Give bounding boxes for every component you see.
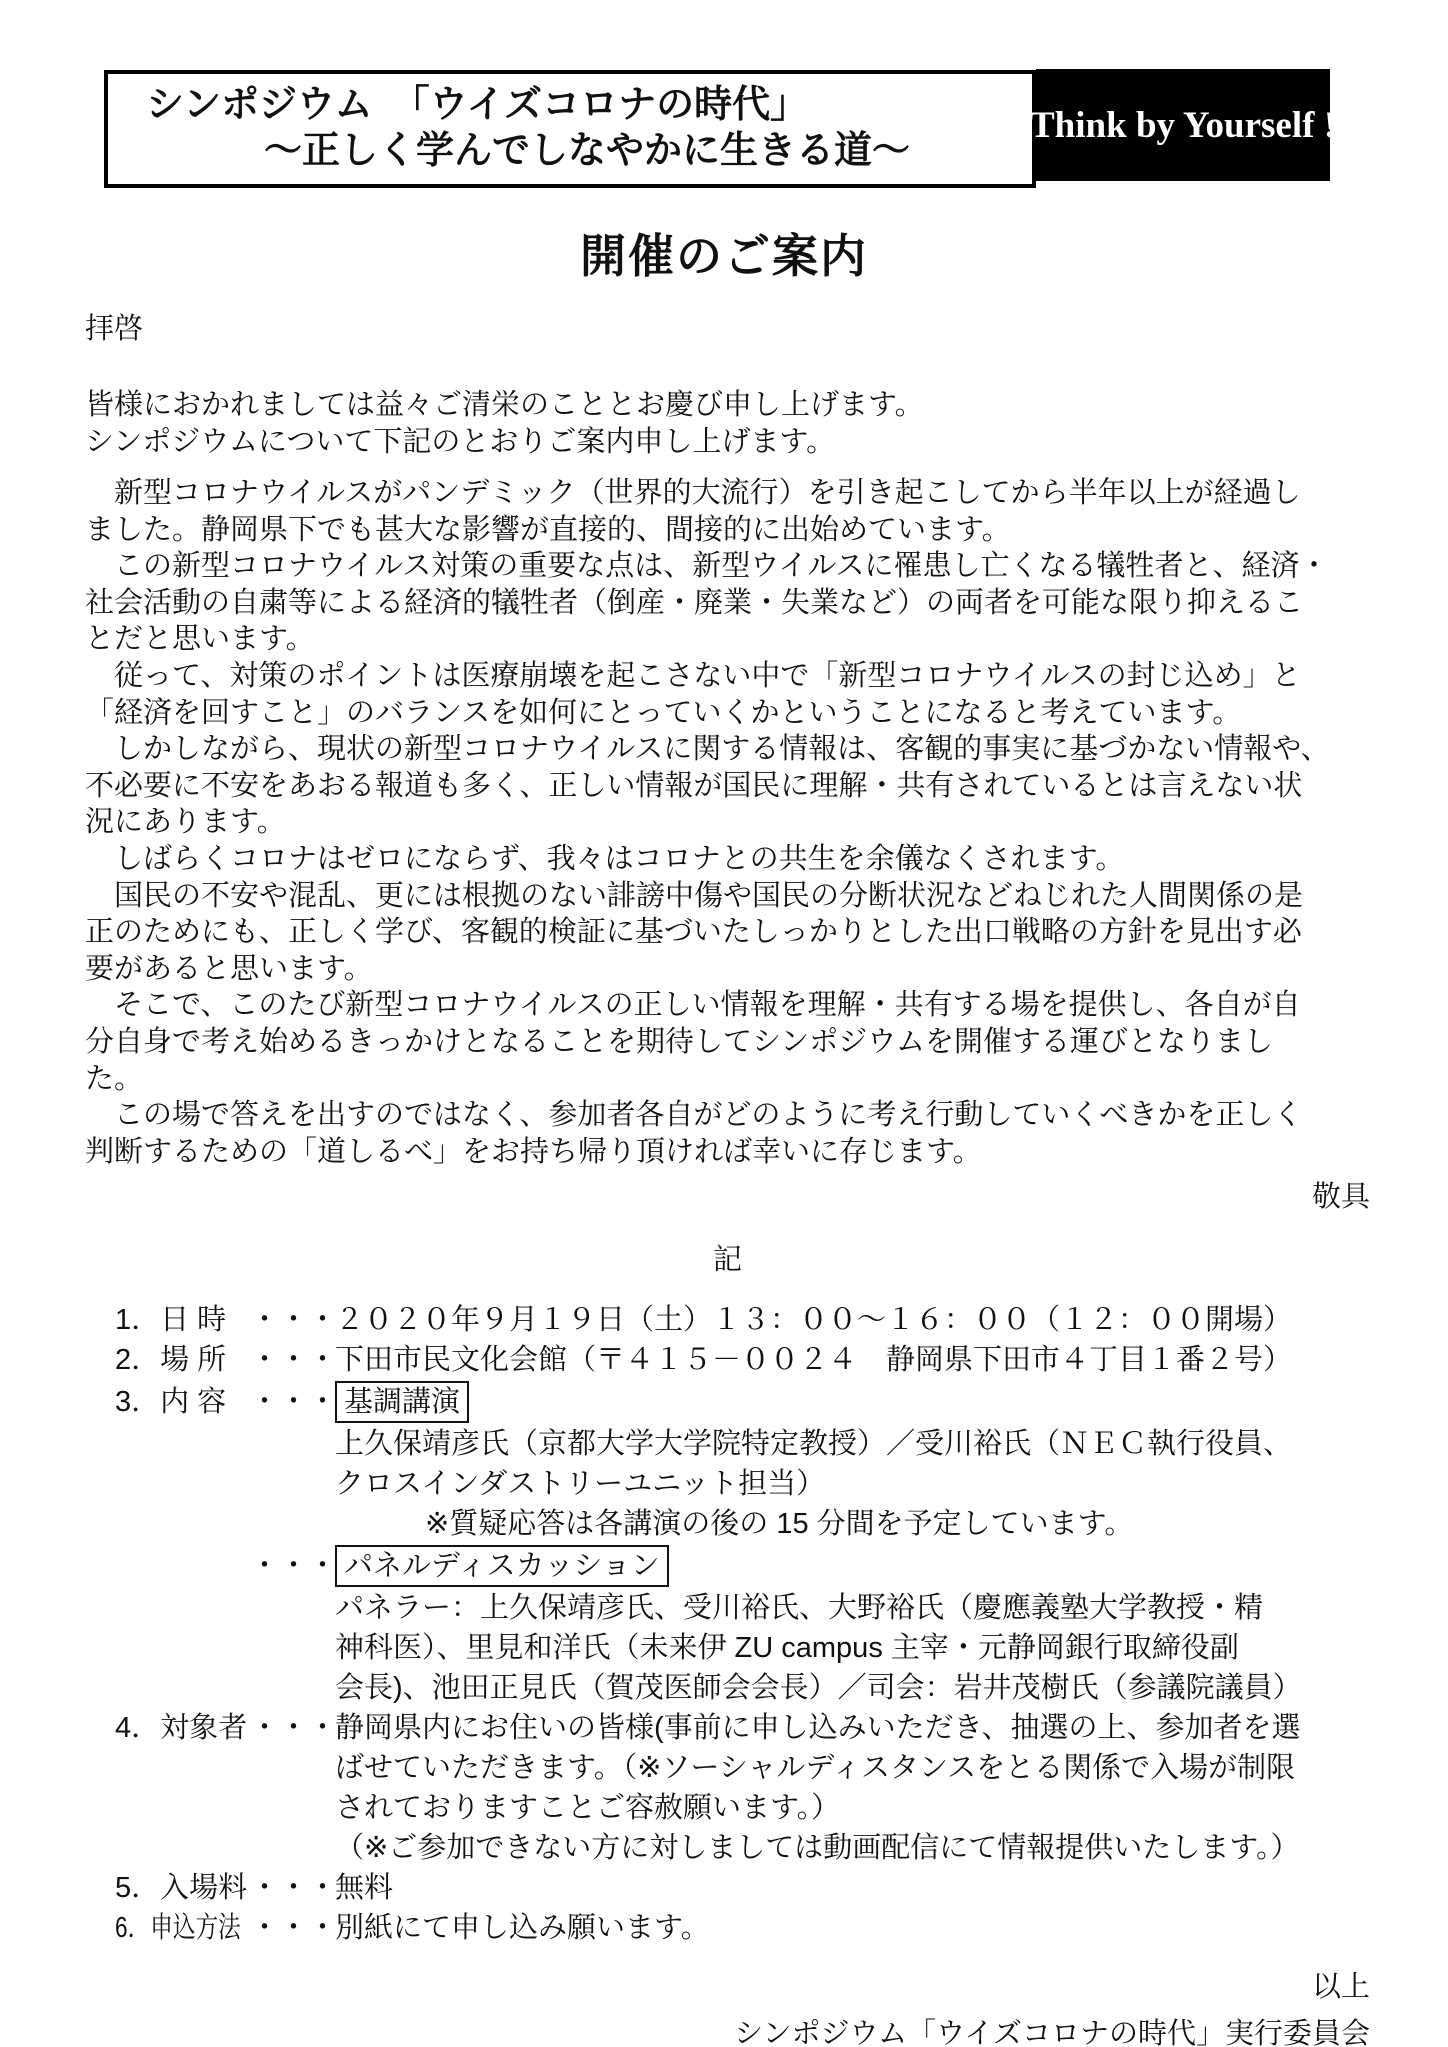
- list-item-venue: 2．場 所 ・・・ 下田市民文化会館（〒４１５－００２４ 静岡県下田市４丁目１番…: [115, 1340, 1370, 1380]
- symposium-title-line2: ～正しく学んでしなやかに生きる道～: [108, 128, 1032, 174]
- dots-separator: ・・・: [250, 1340, 335, 1380]
- list-item-datetime: 1．日 時 ・・・ ２０２０年９月１９日（土）１３：００～１６：００（１２：００…: [115, 1300, 1370, 1340]
- record-heading: 記: [85, 1237, 1370, 1278]
- body-line: しばらくコロナはゼロにならず、我々はコロナとの共生を余儀なくされます。: [85, 841, 1370, 878]
- intro-line: シンポジウムについて下記のとおりご案内申し上げます。: [85, 424, 1370, 461]
- item-label: 6．申込方法: [115, 1908, 250, 1948]
- intro-paragraph: 皆様におかれましては益々ご清栄のこととお慶び申し上げます。 シンポジウムについて…: [85, 387, 1370, 461]
- dots-separator: ・・・: [250, 1908, 335, 1948]
- panelists-line: 神科医）、里見和洋氏（未来伊 ZU campus 主宰・元静岡銀行取締役副: [335, 1628, 1370, 1668]
- body-line: 新型コロナウイルスがパンデミック（世界的大流行）を引き起こしてから半年以上が経過…: [85, 475, 1370, 512]
- dots-separator: ・・・: [250, 1300, 335, 1340]
- list-item-application: 6．申込方法 ・・・ 別紙にて申し込み願います。: [115, 1908, 1370, 1948]
- keynote-boxed-label: 基調講演: [335, 1381, 469, 1423]
- document-header: シンポジウム 「ウイズコロナの時代」 ～正しく学んでしなやかに生きる道～ Thi…: [104, 70, 1448, 188]
- body-line: た。: [85, 1061, 1370, 1098]
- panel-boxed-label: パネルディスカッション: [335, 1545, 669, 1587]
- item-label: 5．入場料: [115, 1868, 250, 1908]
- list-item-panel: ・・・ パネルディスカッション: [250, 1544, 1370, 1588]
- list-item-contents: 3．内 容 ・・・ 基調講演: [115, 1380, 1370, 1424]
- body-line: 社会活動の自粛等による経済的犠牲者（倒産・廃業・失業など）の両者を可能な限り抑え…: [85, 585, 1370, 622]
- symposium-title-line1: シンポジウム 「ウイズコロナの時代」: [108, 82, 1032, 128]
- list-item-audience: 4．対象者 ・・・ 静岡県内にお住いの皆様(事前に申し込みいただき、抽選の上、参…: [115, 1708, 1370, 1748]
- body-line: 正のためにも、正しく学び、客観的検証に基づいたしっかりとした出口戦略の方針を見出…: [85, 914, 1370, 951]
- dots-separator: ・・・: [250, 1868, 335, 1908]
- panelists-line: パネラー：上久保靖彦氏、受川裕氏、大野裕氏（慶應義塾大学教授・精: [335, 1588, 1370, 1628]
- body-line: 要があると思います。: [85, 951, 1370, 988]
- item-label: 4．対象者: [115, 1708, 250, 1748]
- application-value: 別紙にて申し込み願います。: [335, 1908, 1370, 1948]
- body-line: この新型コロナウイルス対策の重要な点は、新型ウイルスに罹患し亡くなる犠牲者と、経…: [85, 548, 1370, 585]
- keynote-speakers-line: クロスインダストリーユニット担当）: [335, 1464, 1370, 1504]
- symposium-title-box: シンポジウム 「ウイズコロナの時代」 ～正しく学んでしなやかに生きる道～: [104, 70, 1036, 188]
- body-line: ました。静岡県下でも甚大な影響が直接的、間接的に出始めています。: [85, 512, 1370, 549]
- main-text: 新型コロナウイルスがパンデミック（世界的大流行）を引き起こしてから半年以上が経過…: [85, 475, 1370, 1170]
- qa-note: ※質疑応答は各講演の後の 15 分間を予定しています。: [425, 1504, 1370, 1544]
- body-line: 分自身で考え始めるきっかけとなることを期待してシンポジウムを開催する運びとなりま…: [85, 1024, 1370, 1061]
- body-line: 従って、対策のポイントは医療崩壊を起こさない中で「新型コロナウイルスの封じ込め」…: [85, 658, 1370, 695]
- dots-separator: ・・・: [250, 1546, 335, 1586]
- body-line: 不必要に不安をあおる報道も多く、正しい情報が国民に理解・共有されているとは言えな…: [85, 768, 1370, 805]
- closing-word: 敬具: [85, 1174, 1370, 1215]
- item-label-text: 6．申込方法: [115, 1908, 241, 1948]
- panelists-line: 会長)、池田正見氏（賀茂医師会会長）／司会：岩井茂樹氏（参議院議員）: [335, 1668, 1370, 1708]
- panel-box-wrap: パネルディスカッション: [335, 1544, 669, 1588]
- body-line: 「経済を回すこと」のバランスを如何にとっていくかということになると考えています。: [85, 695, 1370, 732]
- body-line: この場で答えを出すのではなく、参加者各自がどのように考え行動していくべきかを正し…: [85, 1097, 1370, 1134]
- think-by-yourself-badge: Think by Yourself !: [1036, 69, 1330, 181]
- page-title: 開催のご案内: [0, 220, 1448, 286]
- item-label: 1．日 時: [115, 1300, 250, 1340]
- details-list: 1．日 時 ・・・ ２０２０年９月１９日（土）１３：００～１６：００（１２：００…: [85, 1300, 1370, 1948]
- audience-line: ばせていただきます。（※ソーシャルディスタンスをとる関係で入場が制限: [335, 1748, 1370, 1788]
- committee-signature: シンポジウム「ウイズコロナの時代」実行委員会: [85, 2011, 1370, 2047]
- keynote-box-wrap: 基調講演: [335, 1380, 1370, 1424]
- document-body: 拝啓 皆様におかれましては益々ご清栄のこととお慶び申し上げます。 シンポジウムに…: [0, 306, 1448, 2047]
- document-page: シンポジウム 「ウイズコロナの時代」 ～正しく学んでしなやかに生きる道～ Thi…: [0, 0, 1448, 2047]
- venue-value: 下田市民文化会館（〒４１５－００２４ 静岡県下田市４丁目１番２号）: [335, 1340, 1370, 1380]
- audience-line: 静岡県内にお住いの皆様(事前に申し込みいただき、抽選の上、参加者を選: [335, 1708, 1370, 1748]
- admission-value: 無料: [335, 1868, 1370, 1908]
- audience-line: されておりますことご容赦願います。）: [335, 1788, 1370, 1828]
- datetime-value: ２０２０年９月１９日（土）１３：００～１６：００（１２：００開場）: [335, 1300, 1370, 1340]
- intro-line: 皆様におかれましては益々ご清栄のこととお慶び申し上げます。: [85, 387, 1370, 424]
- item-label: 2．場 所: [115, 1340, 250, 1380]
- keynote-speakers-line: 上久保靖彦氏（京都大学大学院特定教授）／受川裕氏（ＮＥＣ執行役員、: [335, 1424, 1370, 1464]
- body-line: そこで、このたび新型コロナウイルスの正しい情報を理解・共有する場を提供し、各自が…: [85, 987, 1370, 1024]
- end-mark: 以上: [85, 1964, 1370, 2005]
- item-label: 3．内 容: [115, 1382, 250, 1422]
- body-line: とだと思います。: [85, 621, 1370, 658]
- body-line: しかしながら、現状の新型コロナウイルスに関する情報は、客観的事実に基づかない情報…: [85, 731, 1370, 768]
- salutation: 拝啓: [85, 306, 1370, 347]
- body-line: 国民の不安や混乱、更には根拠のない誹謗中傷や国民の分断状況などねじれた人間関係の…: [85, 878, 1370, 915]
- audience-note-line: （※ご参加できない方に対しましては動画配信にて情報提供いたします。）: [335, 1828, 1370, 1868]
- list-item-admission: 5．入場料 ・・・ 無料: [115, 1868, 1370, 1908]
- dots-separator: ・・・: [250, 1382, 335, 1422]
- body-line: 判断するための「道しるべ」をお持ち帰り頂ければ幸いに存じます。: [85, 1134, 1370, 1171]
- dots-separator: ・・・: [250, 1708, 335, 1748]
- body-line: 況にあります。: [85, 804, 1370, 841]
